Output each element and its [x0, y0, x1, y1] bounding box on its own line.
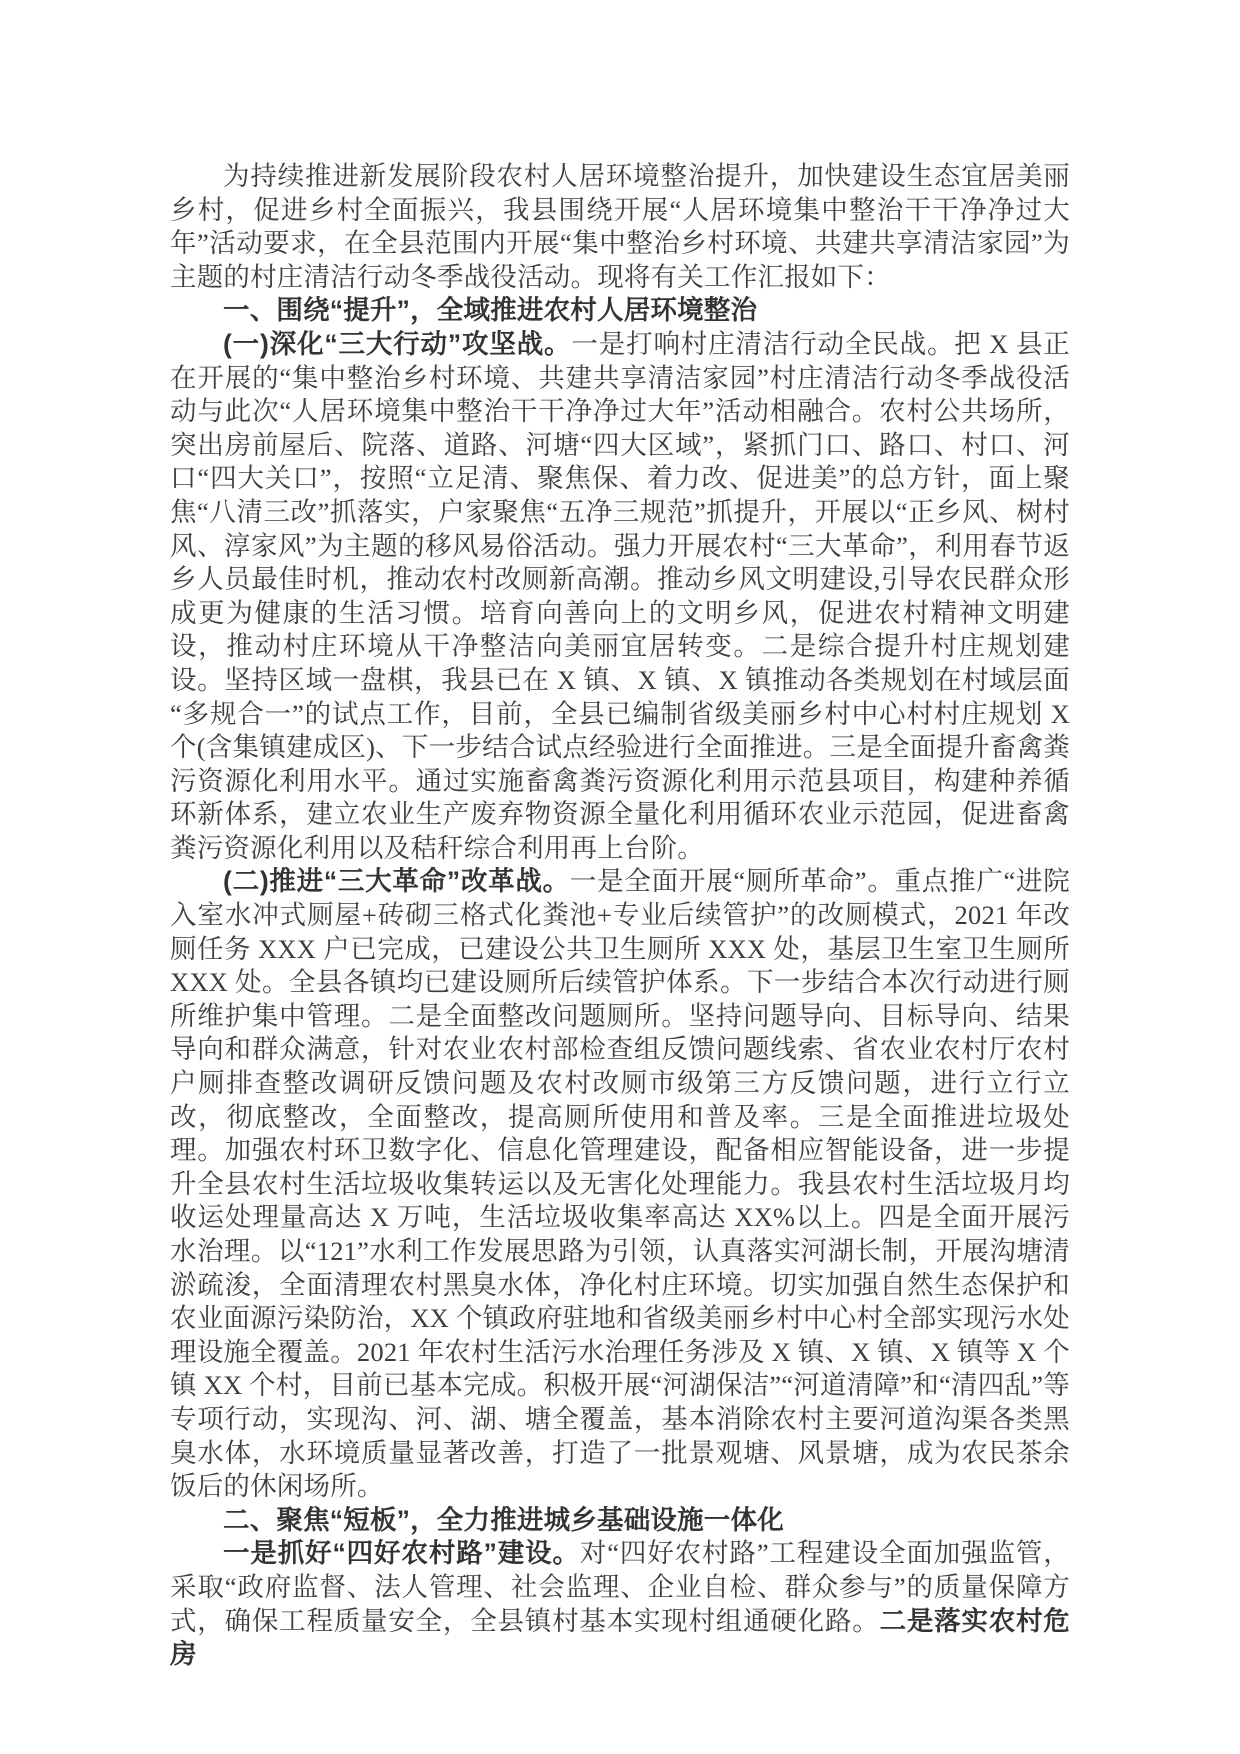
section-1-sub-2-paragraph: (二)推进“三大革命”改革战。一是全面开展“厕所革命”。重点推广“进院入室水冲式… [170, 865, 1070, 1503]
document-body: 为持续推进新发展阶段农村人居环境整治提升，加快建设生态宜居美丽乡村，促进乡村全面… [170, 160, 1070, 1672]
intro-paragraph: 为持续推进新发展阶段农村人居环境整治提升，加快建设生态宜居美丽乡村，促进乡村全面… [170, 160, 1070, 294]
bold-text-run: 二、聚焦“短板”，全力推进城乡基础设施一体化 [223, 1505, 784, 1535]
section-2-heading: 二、聚焦“短板”，全力推进城乡基础设施一体化 [170, 1504, 1070, 1538]
bold-text-run: (二)推进“三大革命”改革战。 [223, 866, 570, 896]
text-run: 一是打响村庄清洁行动全民战。把 X 县正在开展的“集中整治乡村环境、共建共享清洁… [170, 329, 1070, 863]
text-run: 一是全面开展“厕所革命”。重点推广“进院入室水冲式厕屋+砖砌三格式化粪池+专业后… [170, 866, 1070, 1501]
document-page: 为持续推进新发展阶段农村人居环境整治提升，加快建设生态宜居美丽乡村，促进乡村全面… [0, 0, 1240, 1754]
bold-text-run: 一是抓好“四好农村路”建设。 [223, 1538, 580, 1568]
section-2-sub-1-paragraph: 一是抓好“四好农村路”建设。对“四好农村路”工程建设全面加强监管，采取“政府监督… [170, 1537, 1070, 1671]
bold-text-run: (一)深化“三大行动”攻坚战。 [223, 329, 571, 359]
section-1-sub-1-paragraph: (一)深化“三大行动”攻坚战。一是打响村庄清洁行动全民战。把 X 县正在开展的“… [170, 328, 1070, 866]
bold-text-run: 一、围绕“提升”，全域推进农村人居环境整治 [223, 295, 757, 325]
section-1-heading: 一、围绕“提升”，全域推进农村人居环境整治 [170, 294, 1070, 328]
text-run: 为持续推进新发展阶段农村人居环境整治提升，加快建设生态宜居美丽乡村，促进乡村全面… [170, 161, 1070, 292]
